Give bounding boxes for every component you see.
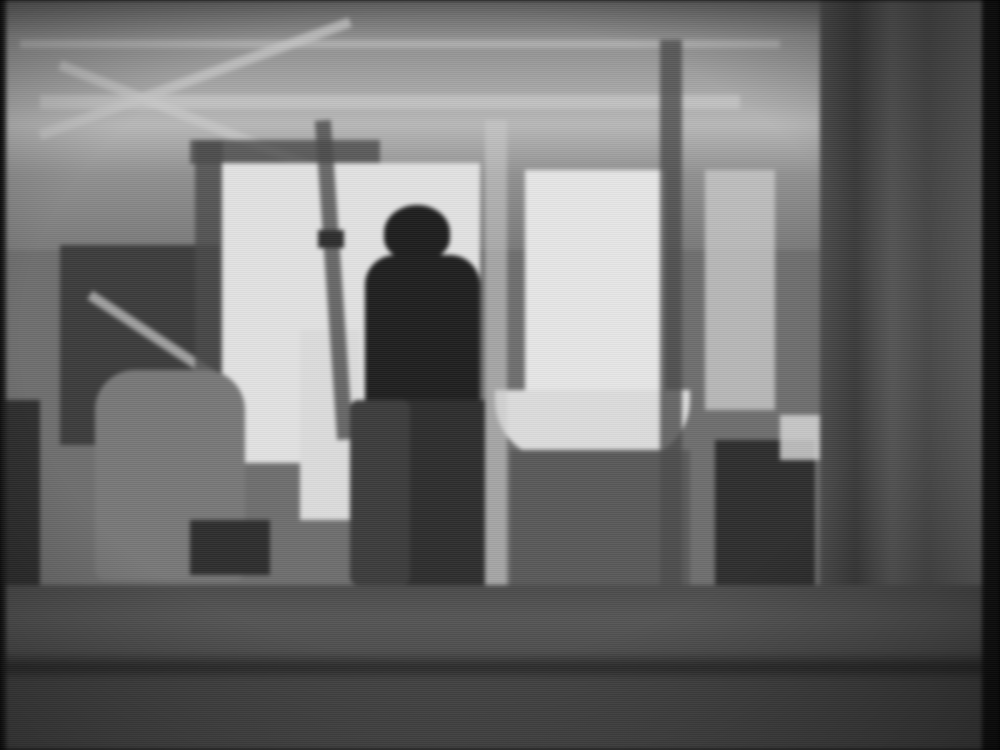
tabletop-objects bbox=[780, 415, 825, 460]
photograph bbox=[0, 0, 1000, 750]
foreground-ledge bbox=[0, 585, 1000, 750]
easel-clamp bbox=[318, 230, 344, 248]
barrel bbox=[350, 400, 410, 585]
frame-edge-right bbox=[982, 0, 1000, 750]
scaffold-post bbox=[485, 120, 507, 590]
seated-person-legs bbox=[190, 520, 270, 575]
panel-far-right bbox=[705, 170, 775, 410]
scaffold-post bbox=[660, 40, 682, 590]
figure-silhouette bbox=[365, 255, 480, 405]
figure-hat bbox=[384, 205, 450, 260]
white-canvas-right bbox=[525, 170, 665, 410]
frame-edge-left bbox=[0, 0, 6, 750]
left-edge-figure bbox=[0, 400, 40, 590]
stool-legs bbox=[715, 440, 815, 585]
dark-curtain bbox=[820, 0, 1000, 600]
